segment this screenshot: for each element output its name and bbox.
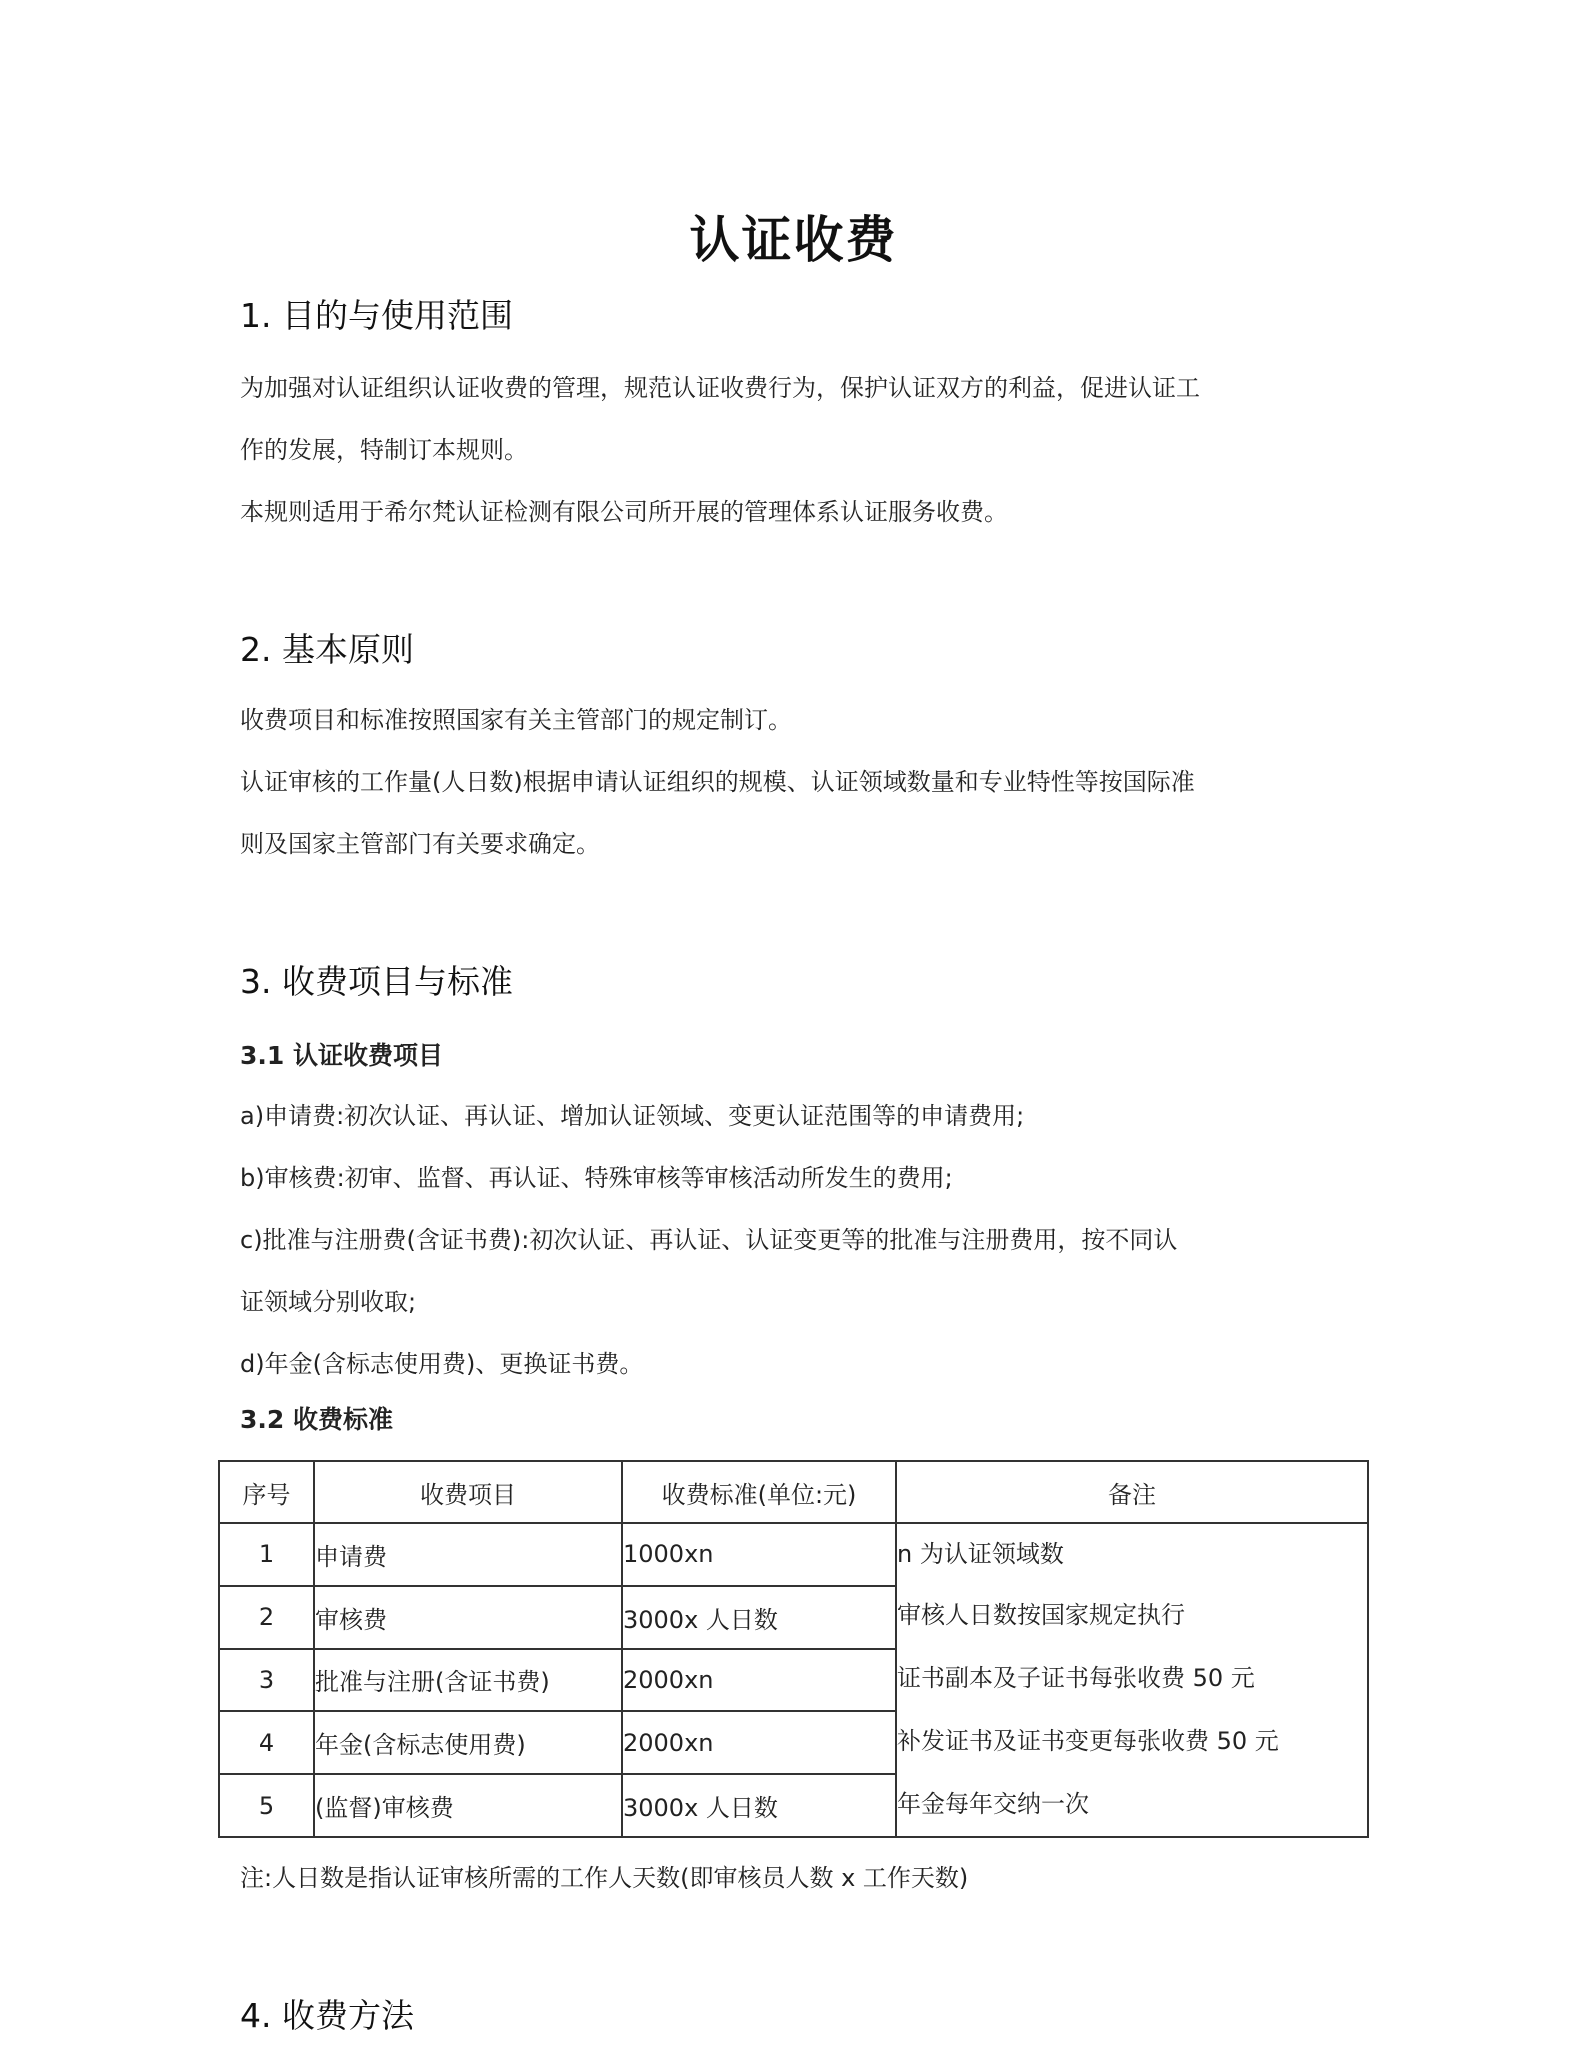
- section-1-paragraph: 为加强对认证组织认证收费的管理，规范认证收费行为，保护认证双方的利益，促进认证工: [240, 368, 1200, 403]
- fee-item-c-cont: 证领域分别收取;: [240, 1282, 416, 1317]
- row-no: 2: [219, 1586, 314, 1649]
- header-item: 收费项目: [314, 1461, 622, 1523]
- table-note: 注:人日数是指认证审核所需的工作人天数(即审核员人数 x 工作天数): [240, 1858, 968, 1893]
- fee-item-c: c)批准与注册费(含证书费):初次认证、再认证、认证变更等的批准与注册费用，按不…: [240, 1220, 1177, 1255]
- row-item: 审核费: [314, 1586, 622, 1649]
- row-no: 4: [219, 1711, 314, 1774]
- section-3-1-heading: 3.1 认证收费项目: [240, 1036, 443, 1072]
- remark-cell: n 为认证领域数 审核人日数按国家规定执行 证书副本及子证书每张收费 50 元 …: [896, 1523, 1368, 1837]
- remark-line: 补发证书及证书变更每张收费 50 元: [897, 1710, 1367, 1773]
- section-2-paragraph: 认证审核的工作量(人日数)根据申请认证组织的规模、认证领域数量和专业特性等按国际…: [240, 762, 1195, 797]
- row-no: 3: [219, 1649, 314, 1712]
- section-1-paragraph: 本规则适用于希尔梵认证检测有限公司所开展的管理体系认证服务收费。: [240, 492, 1008, 527]
- section-4-heading: 4. 收费方法: [240, 1990, 414, 2037]
- section-3-heading: 3. 收费项目与标准: [240, 956, 513, 1003]
- section-2-heading: 2. 基本原则: [240, 624, 414, 671]
- table-row: 1 申请费 1000xn n 为认证领域数 审核人日数按国家规定执行 证书副本及…: [219, 1523, 1368, 1586]
- document-page: 认证收费 1. 目的与使用范围 为加强对认证组织认证收费的管理，规范认证收费行为…: [0, 0, 1587, 2062]
- row-standard: 1000xn: [622, 1523, 896, 1586]
- table-header-row: 序号 收费项目 收费标准(单位:元) 备注: [219, 1461, 1368, 1523]
- remark-line: 年金每年交纳一次: [897, 1773, 1367, 1836]
- row-item: 年金(含标志使用费): [314, 1711, 622, 1774]
- row-standard: 3000x 人日数: [622, 1774, 896, 1837]
- header-no: 序号: [219, 1461, 314, 1523]
- row-standard: 2000xn: [622, 1711, 896, 1774]
- row-standard: 3000x 人日数: [622, 1586, 896, 1649]
- row-no: 1: [219, 1523, 314, 1586]
- fee-item-a: a)申请费:初次认证、再认证、增加认证领域、变更认证范围等的申请费用;: [240, 1096, 1024, 1131]
- fee-standard-table: 序号 收费项目 收费标准(单位:元) 备注 1 申请费 1000xn n 为认证…: [218, 1460, 1369, 1838]
- section-2-paragraph: 收费项目和标准按照国家有关主管部门的规定制订。: [240, 700, 792, 735]
- remark-line: 证书副本及子证书每张收费 50 元: [897, 1647, 1367, 1710]
- row-item: (监督)审核费: [314, 1774, 622, 1837]
- row-item: 申请费: [314, 1523, 622, 1586]
- header-standard: 收费标准(单位:元): [622, 1461, 896, 1523]
- section-1-heading: 1. 目的与使用范围: [240, 290, 513, 337]
- remark-line: n 为认证领域数: [897, 1524, 1367, 1584]
- document-title: 认证收费: [0, 200, 1587, 272]
- fee-item-b: b)审核费:初审、监督、再认证、特殊审核等审核活动所发生的费用;: [240, 1158, 953, 1193]
- remark-line: 审核人日数按国家规定执行: [897, 1584, 1367, 1647]
- fee-item-d: d)年金(含标志使用费)、更换证书费。: [240, 1344, 643, 1379]
- header-remark: 备注: [896, 1461, 1368, 1523]
- row-standard: 2000xn: [622, 1649, 896, 1712]
- section-3-2-heading: 3.2 收费标准: [240, 1400, 393, 1436]
- row-no: 5: [219, 1774, 314, 1837]
- section-1-paragraph: 作的发展，特制订本规则。: [240, 430, 528, 465]
- row-item: 批准与注册(含证书费): [314, 1649, 622, 1712]
- section-2-paragraph: 则及国家主管部门有关要求确定。: [240, 824, 600, 859]
